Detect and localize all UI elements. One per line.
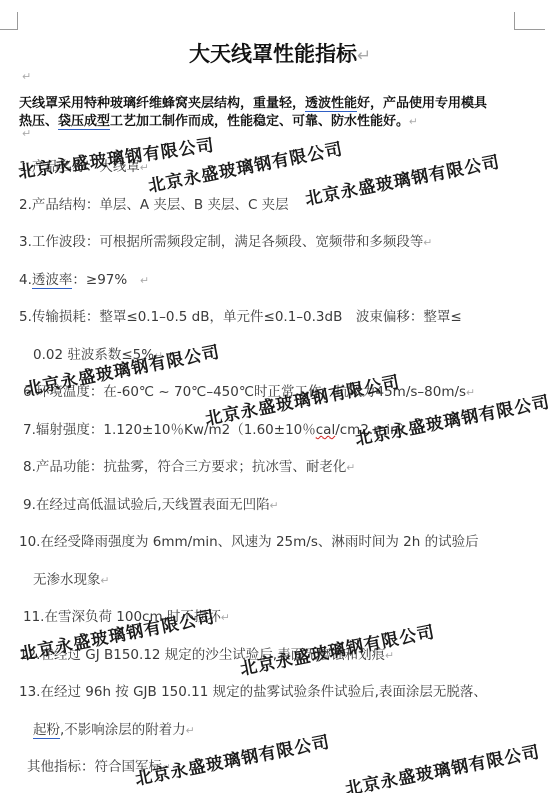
paragraph-mark-icon: ↵ bbox=[22, 70, 31, 83]
item-9[interactable]: 9.在经过高低温试验后,天线置表面无凹陷↵ bbox=[23, 493, 279, 513]
paragraph-mark-icon: ↵ bbox=[409, 116, 418, 128]
paragraph-mark-icon: ↵ bbox=[22, 127, 31, 140]
document-page: 大天线罩性能指标↵ ↵ 天线罩采用特种玻璃纤维蜂窝夹层结构，重量轻，透波性能好，… bbox=[0, 0, 560, 793]
spelling-underline: cal bbox=[316, 422, 335, 438]
item-11[interactable]: 11.在雪深负荷 100cm 时不损坏↵ bbox=[23, 605, 230, 625]
grammar-underline: 透波率 bbox=[32, 272, 73, 289]
paragraph-mark-icon: ↵ bbox=[186, 724, 195, 737]
paragraph-mark-icon: ↵ bbox=[140, 161, 149, 174]
item-2[interactable]: 2.产品结构：单层、A 夹层、B 夹层、C 夹层 bbox=[19, 193, 289, 213]
item-10-continued[interactable]: 无渗水现象↵ bbox=[33, 568, 110, 588]
margin-corner-mark bbox=[514, 12, 545, 30]
watermark: 北京永盛玻璃钢有限公司 bbox=[146, 134, 345, 196]
item-7[interactable]: 7.辐射强度：1.120±10％Kw/m2（1.60±10％cal/cm2.mi… bbox=[23, 418, 412, 438]
grammar-underline: 袋压成型 bbox=[58, 114, 110, 130]
item-13-continued[interactable]: 起粉,不影响涂层的附着力↵ bbox=[33, 718, 195, 738]
paragraph-mark-icon: ↵ bbox=[466, 386, 475, 399]
item-10[interactable]: 10.在经受降雨强度为 6mm/min、风速为 25m/s、淋雨时间为 2h 的… bbox=[19, 530, 479, 550]
item-3[interactable]: 3.工作波段：可根据所需频段定制，满足各频段、宽频带和多频段等↵ bbox=[19, 230, 432, 250]
item-13[interactable]: 13.在经过 96h 按 GJB 150.11 规定的盐雾试验条件试验后,表面涂… bbox=[19, 680, 487, 700]
document-title[interactable]: 大天线罩性能指标↵ bbox=[0, 38, 560, 68]
item-5-continued[interactable]: 0.02 驻波系数≤5%↵ bbox=[33, 343, 163, 363]
paragraph-mark-icon: ↵ bbox=[154, 349, 163, 362]
watermark: 北京永盛玻璃钢有限公司 bbox=[303, 147, 502, 209]
paragraph-mark-icon: ↵ bbox=[140, 274, 149, 287]
paragraph-mark-icon: ↵ bbox=[385, 649, 394, 662]
item-5[interactable]: 5.传输损耗：整罩≤0.1–0.5 dB，单元件≤0.1–0.3dB 波束偏移：… bbox=[19, 305, 462, 325]
paragraph-mark-icon: ↵ bbox=[270, 499, 279, 512]
paragraph-mark-icon: ↵ bbox=[101, 574, 110, 587]
watermark: 北京永盛玻璃钢有限公司 bbox=[343, 737, 542, 793]
paragraph-mark-icon: ↵ bbox=[423, 236, 432, 249]
item-1[interactable]: 1.产品名称：大线罩↵ bbox=[19, 155, 149, 175]
grammar-underline: 起粉 bbox=[33, 722, 60, 739]
margin-corner-mark bbox=[0, 12, 18, 30]
paragraph-mark-icon: ↵ bbox=[162, 761, 171, 774]
item-8[interactable]: 8.产品功能：抗盐雾，符合三方要求；抗冰雪、耐老化↵ bbox=[23, 455, 355, 475]
intro-line-2[interactable]: 热压、袋压成型工艺加工制作而成，性能稳定、可靠、防水性能好。↵ bbox=[19, 110, 418, 129]
paragraph-mark-icon: ↵ bbox=[346, 461, 355, 474]
item-4[interactable]: 4.透波率：≥97% ↵ bbox=[19, 268, 149, 288]
item-12[interactable]: 12.在经过 GJ B150.12 规定的沙尘试验后,表面无磨蚀和划痕↵ bbox=[19, 643, 394, 663]
other-specs[interactable]: 其他指标：符合国军标↵ bbox=[27, 755, 171, 775]
paragraph-mark-icon: ↵ bbox=[357, 45, 371, 65]
item-6[interactable]: 6.环境温度：在-60℃ ~ 70℃–450℃时正常工作，抗风力45m/s–80… bbox=[23, 380, 475, 400]
paragraph-mark-icon: ↵ bbox=[221, 611, 230, 624]
intro-line-1[interactable]: 天线罩采用特种玻璃纤维蜂窝夹层结构，重量轻，透波性能好，产品使用专用模具 bbox=[19, 92, 487, 111]
